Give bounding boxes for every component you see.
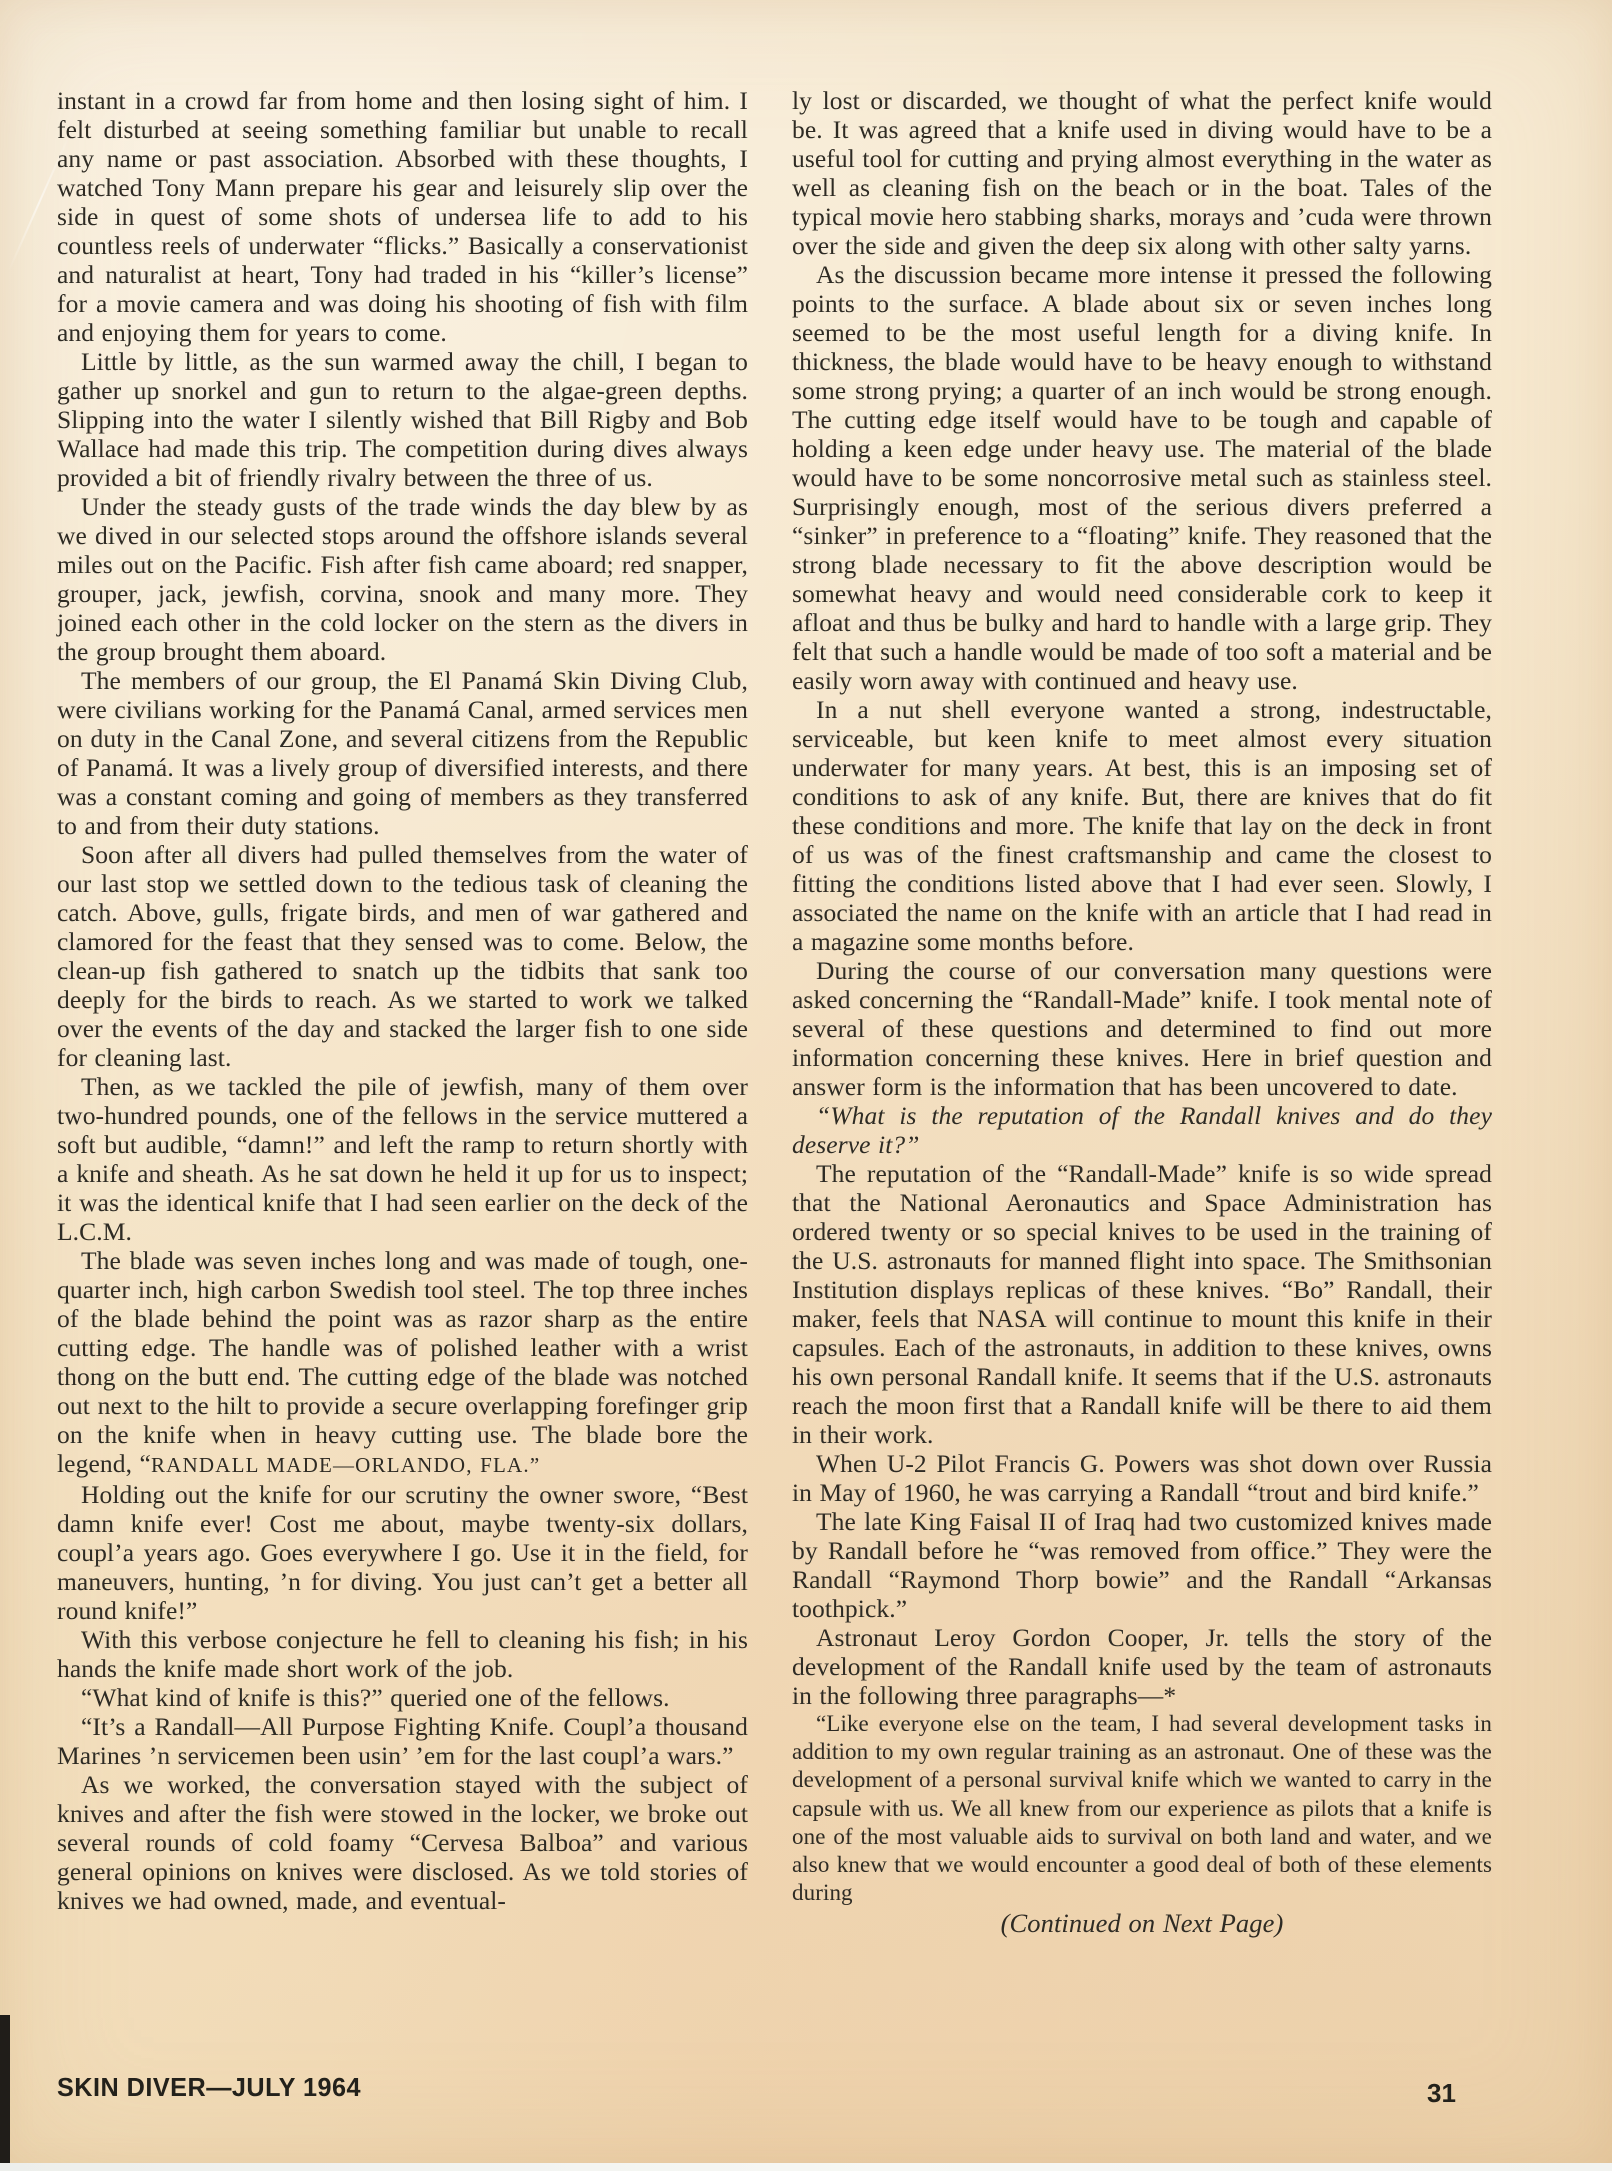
body-paragraph: “It’s a Randall—All Purpose Fighting Kni… (57, 1712, 748, 1770)
continued-notice: (Continued on Next Page) (792, 1907, 1492, 1939)
body-paragraph: The members of our group, the El Panamá … (57, 666, 748, 840)
body-paragraph: Holding out the knife for our scrutiny t… (57, 1480, 748, 1625)
body-paragraph: The late King Faisal II of Iraq had two … (792, 1507, 1492, 1623)
body-paragraph: As we worked, the conversation stayed wi… (57, 1770, 748, 1915)
scan-bottom-edge (0, 2163, 1612, 2171)
body-paragraph: Then, as we tackled the pile of jewfish,… (57, 1072, 748, 1246)
fine-print-quote: “Like everyone else on the team, I had s… (792, 1710, 1492, 1907)
left-column: instant in a crowd far from home and the… (57, 86, 748, 1915)
body-paragraph: The reputation of the “Randall-Made” kni… (792, 1159, 1492, 1449)
body-paragraph: In a nut shell everyone wanted a strong,… (792, 695, 1492, 956)
body-paragraph: instant in a crowd far from home and the… (57, 86, 748, 347)
knife-legend-small-caps: RANDALL MADE—ORLANDO, FLA.” (151, 1453, 540, 1477)
body-paragraph: ly lost or discarded, we thought of what… (792, 86, 1492, 260)
body-paragraph: Under the steady gusts of the trade wind… (57, 492, 748, 666)
body-paragraph: Little by little, as the sun warmed away… (57, 347, 748, 492)
body-paragraph: With this verbose conjecture he fell to … (57, 1625, 748, 1683)
page-number: 31 (1427, 2080, 1456, 2106)
italic-question: “What is the reputation of the Randall k… (792, 1101, 1492, 1159)
scan-edge-artifact (0, 2015, 10, 2163)
body-paragraph: When U-2 Pilot Francis G. Powers was sho… (792, 1449, 1492, 1507)
footer-journal-date: SKIN DIVER—JULY 1964 (57, 2074, 361, 2100)
body-paragraph: Astronaut Leroy Gordon Cooper, Jr. tells… (792, 1623, 1492, 1710)
body-paragraph-with-legend: The blade was seven inches long and was … (57, 1246, 748, 1480)
body-paragraph: As the discussion became more intense it… (792, 260, 1492, 695)
magazine-page-scan: instant in a crowd far from home and the… (0, 0, 1612, 2171)
body-paragraph: Soon after all divers had pulled themsel… (57, 840, 748, 1072)
body-text: The blade was seven inches long and was … (57, 1246, 748, 1478)
right-column: ly lost or discarded, we thought of what… (792, 86, 1492, 1939)
body-paragraph: “What kind of knife is this?” queried on… (57, 1683, 748, 1712)
body-paragraph: During the course of our conversation ma… (792, 956, 1492, 1101)
